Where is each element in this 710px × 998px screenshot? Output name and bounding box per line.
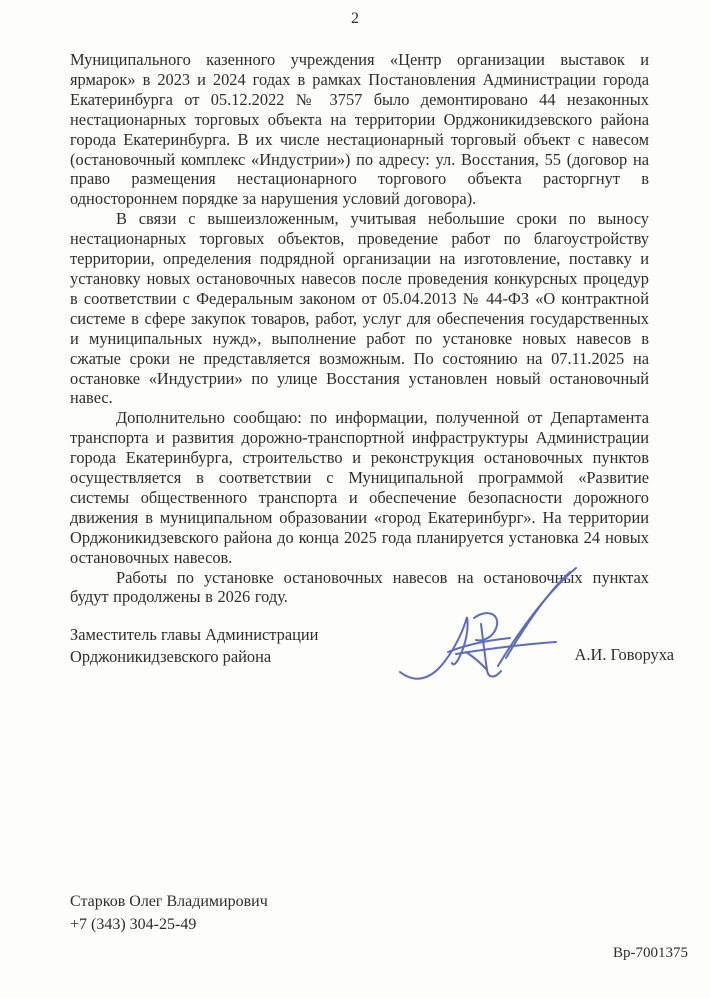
document-code: Вр-7001375	[613, 945, 688, 962]
executor-contact: Старков Олег Владимирович +7 (343) 304-2…	[70, 891, 268, 936]
paragraph: В связи с вышеизложенным, учитывая небол…	[70, 209, 649, 408]
signer-position-line1: Заместитель главы Администрации	[70, 624, 318, 646]
page-number: 2	[0, 10, 710, 28]
executor-name: Старков Олег Владимирович	[70, 891, 268, 914]
document-page: 2 Муниципального казенного учреждения «Ц…	[0, 0, 710, 998]
paragraph: Дополнительно сообщаю: по информации, по…	[70, 408, 649, 567]
handwritten-signature	[398, 560, 588, 685]
document-body: Муниципального казенного учреждения «Цен…	[70, 50, 649, 607]
paragraph: Муниципального казенного учреждения «Цен…	[70, 50, 649, 209]
signer-position-line2: Орджоникидзевского района	[70, 646, 318, 668]
executor-phone: +7 (343) 304-25-49	[70, 914, 268, 937]
signer-position: Заместитель главы Администрации Орджоник…	[70, 624, 318, 669]
signer-name: А.И. Говоруха	[575, 645, 674, 665]
